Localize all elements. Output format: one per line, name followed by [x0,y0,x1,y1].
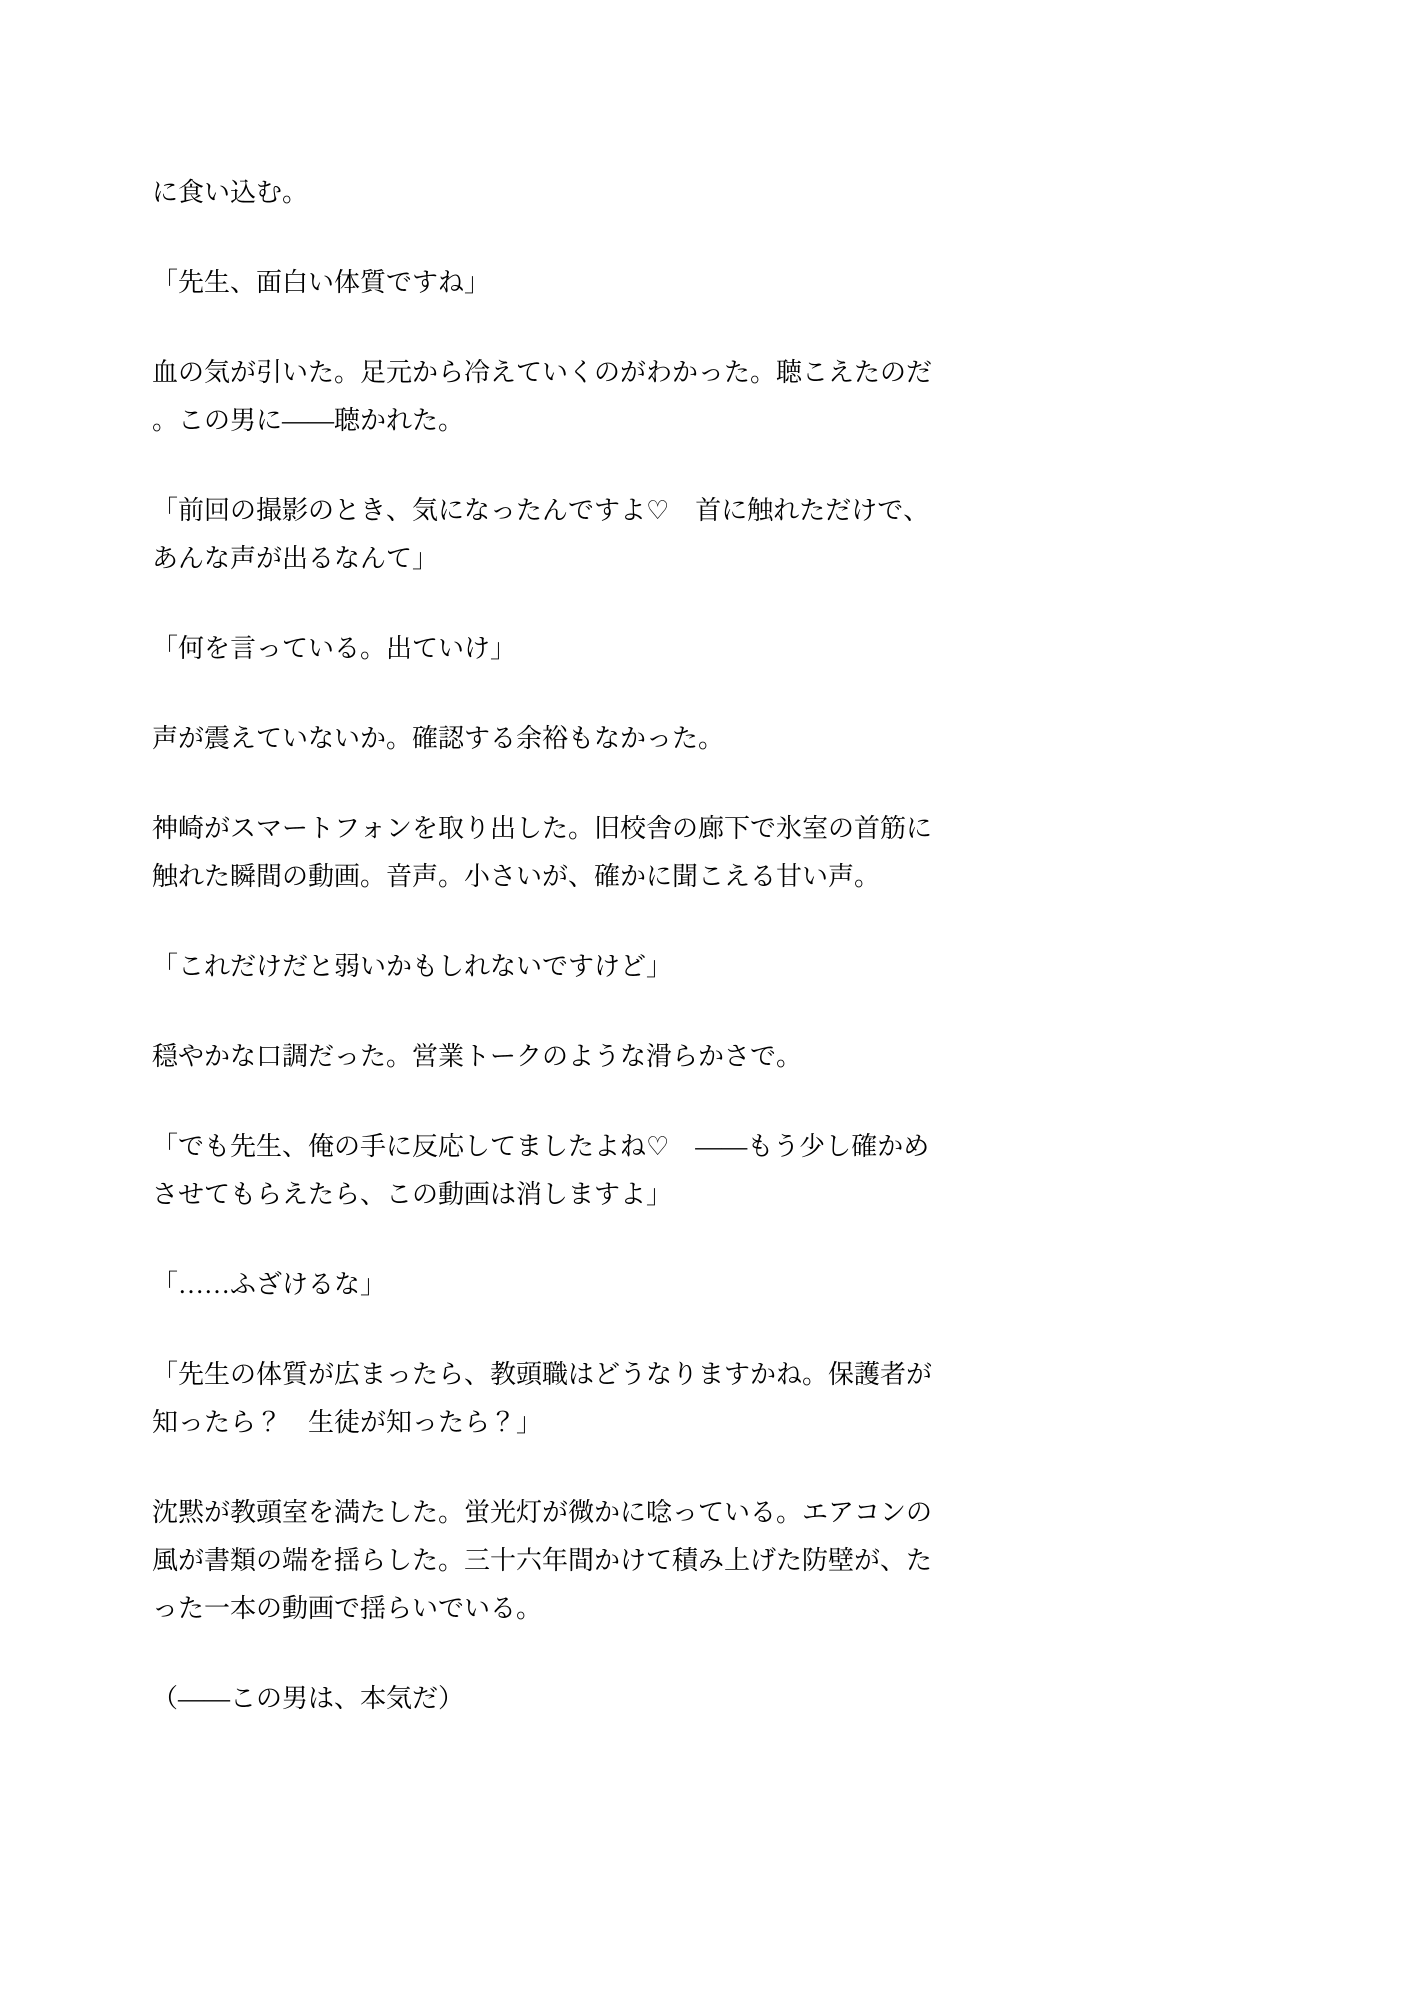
paragraph: 「先生の体質が広まったら、教頭職はどうなりますかね。保護者が知ったら？ 生徒が知… [152,1351,1315,1447]
paragraph: 「でも先生、俺の手に反応してましたよね♡ ――もう少し確かめさせてもらえたら、こ… [152,1123,1315,1219]
document-page: に食い込む。「先生、面白い体質ですね」血の気が引いた。足元から冷えていくのがわか… [0,0,1415,2000]
text-line: 「……ふざけるな」 [152,1261,1315,1309]
text-line: 「これだけだと弱いかもしれないですけど」 [152,943,1315,991]
text-line: った一本の動画で揺らいでいる。 [152,1585,1315,1633]
text-line: 神崎がスマートフォンを取り出した。旧校舎の廊下で氷室の首筋に [152,805,1315,853]
text-line: 沈黙が教頭室を満たした。蛍光灯が微かに唸っている。エアコンの [152,1489,1315,1537]
text-line: 穏やかな口調だった。営業トークのような滑らかさで。 [152,1033,1315,1081]
text-line: 風が書類の端を揺らした。三十六年間かけて積み上げた防壁が、た [152,1537,1315,1585]
paragraph: 沈黙が教頭室を満たした。蛍光灯が微かに唸っている。エアコンの風が書類の端を揺らし… [152,1489,1315,1633]
text-line: 触れた瞬間の動画。音声。小さいが、確かに聞こえる甘い声。 [152,853,1315,901]
text-line: 「前回の撮影のとき、気になったんですよ♡ 首に触れただけで、 [152,487,1315,535]
paragraph: 穏やかな口調だった。営業トークのような滑らかさで。 [152,1033,1315,1081]
text-line: （――この男は、本気だ） [152,1675,1315,1723]
text-line: 声が震えていないか。確認する余裕もなかった。 [152,715,1315,763]
text-line: 「でも先生、俺の手に反応してましたよね♡ ――もう少し確かめ [152,1123,1315,1171]
paragraph: 声が震えていないか。確認する余裕もなかった。 [152,715,1315,763]
text-line: させてもらえたら、この動画は消しますよ」 [152,1171,1315,1219]
paragraph: 血の気が引いた。足元から冷えていくのがわかった。聴こえたのだ。この男に――聴かれ… [152,349,1315,445]
paragraph: 「……ふざけるな」 [152,1261,1315,1309]
paragraph: に食い込む。 [152,169,1315,217]
text-line: 血の気が引いた。足元から冷えていくのがわかった。聴こえたのだ [152,349,1315,397]
paragraph: 神崎がスマートフォンを取り出した。旧校舎の廊下で氷室の首筋に触れた瞬間の動画。音… [152,805,1315,901]
text-line: 「先生の体質が広まったら、教頭職はどうなりますかね。保護者が [152,1351,1315,1399]
text-line: 。この男に――聴かれた。 [152,397,1315,445]
paragraph: 「これだけだと弱いかもしれないですけど」 [152,943,1315,991]
text-line: 「先生、面白い体質ですね」 [152,259,1315,307]
text-line: に食い込む。 [152,169,1315,217]
text-line: 「何を言っている。出ていけ」 [152,625,1315,673]
paragraph: 「先生、面白い体質ですね」 [152,259,1315,307]
document-text: に食い込む。「先生、面白い体質ですね」血の気が引いた。足元から冷えていくのがわか… [152,169,1315,1723]
paragraph: （――この男は、本気だ） [152,1675,1315,1723]
paragraph: 「何を言っている。出ていけ」 [152,625,1315,673]
text-line: あんな声が出るなんて」 [152,535,1315,583]
text-line: 知ったら？ 生徒が知ったら？」 [152,1399,1315,1447]
paragraph: 「前回の撮影のとき、気になったんですよ♡ 首に触れただけで、あんな声が出るなんて… [152,487,1315,583]
